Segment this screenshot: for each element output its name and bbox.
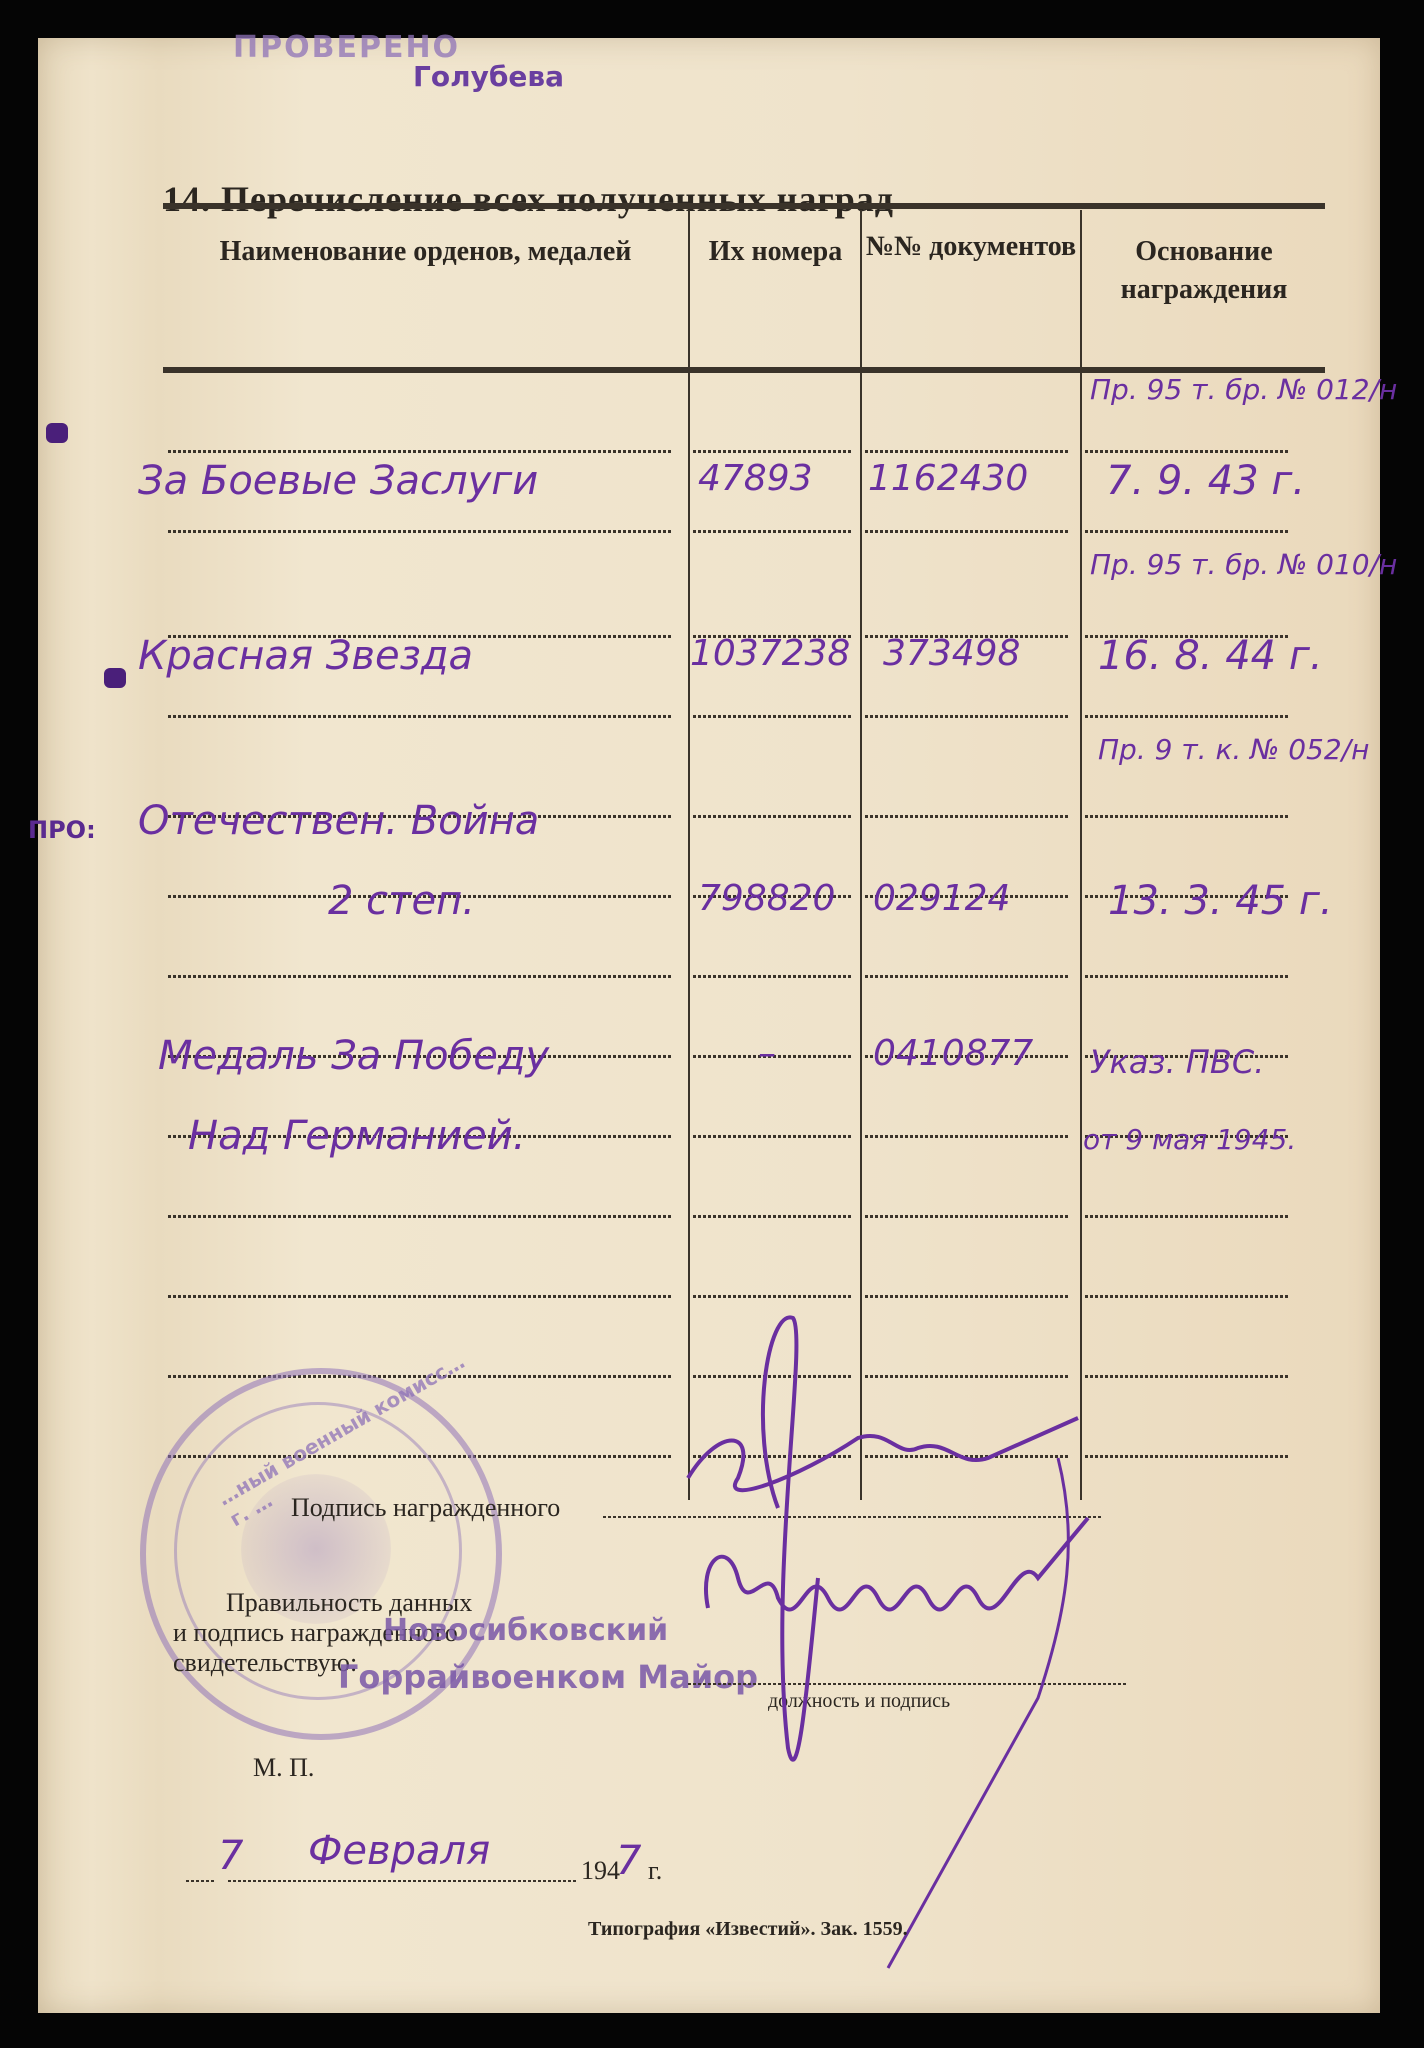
row2-basis-order: Пр. 95 т. бр. № 010/н [1090,548,1397,581]
row1-basis-date: 7. 9. 43 г. [1106,458,1305,504]
recipient-signature-label: Подпись награжденного [291,1493,560,1523]
header-award-number: Их номера [693,233,858,271]
margin-ink-dot [46,423,68,443]
date-year-suffix: г. [648,1856,662,1886]
date-month: Февраля [308,1828,490,1874]
date-year-digit: 7 [616,1838,641,1884]
table-top-rule [163,203,1325,209]
date-year-prefix: 194 [581,1856,620,1886]
seal-place-label: М. П. [253,1753,314,1783]
row3-basis-date: 13. 3. 45 г. [1108,878,1333,924]
official-stamp-line1: Новосибковский [383,1613,668,1648]
row4-basis-date: от 9 мая 1945. [1083,1123,1296,1156]
header-award-name: Наименование орденов, медалей [168,233,683,271]
margin-ink-dot [104,668,126,688]
row4-award-line2: Над Германией. [188,1113,525,1159]
row1-basis-order: Пр. 95 т. бр. № 012/н [1090,373,1397,406]
row1-award: За Боевые Заслуги [138,458,538,504]
row2-number: 1037238 [690,633,850,674]
row2-award: Красная Звезда [138,633,473,679]
document-page: ПРОВЕРЕНО Голубева ПРО: 14. Перечисление… [38,38,1380,2013]
row2-basis-date: 16. 8. 44 г. [1098,633,1323,679]
row3-award: Отечествен. Война [138,798,539,844]
header-document-number: №№ документов [864,228,1078,266]
date-month-line [228,1880,578,1882]
row4-basis-order: Указ. ПВС. [1090,1043,1264,1081]
row3-award-line2: 2 степ. [328,878,475,924]
margin-stamp-fragment: ПРО: [28,816,96,844]
row3-basis-order: Пр. 9 т. к. № 052/н [1098,733,1369,766]
row4-document: 0410877 [873,1033,1033,1074]
printer-imprint: Типография «Известий». Зак. 1559. [588,1918,908,1941]
handwritten-signatures [658,1278,1358,1978]
verify-line3: свидетельствую: [173,1648,357,1678]
row3-number: 798820 [698,878,835,919]
row4-number: – [758,1033,776,1074]
row1-document: 1162430 [868,458,1028,499]
section-title: 14. Перечисление всех полученных наград [163,178,894,220]
header-award-basis: Основание награждения [1084,233,1324,309]
date-day: 7 [218,1833,243,1879]
row3-document: 029124 [873,878,1010,919]
row1-number: 47893 [698,458,813,499]
date-day-line [186,1880,216,1882]
row4-award: Медаль За Победу [158,1033,549,1079]
row2-document: 373498 [883,633,1020,674]
checked-stamp-name: Голубева [413,60,564,93]
